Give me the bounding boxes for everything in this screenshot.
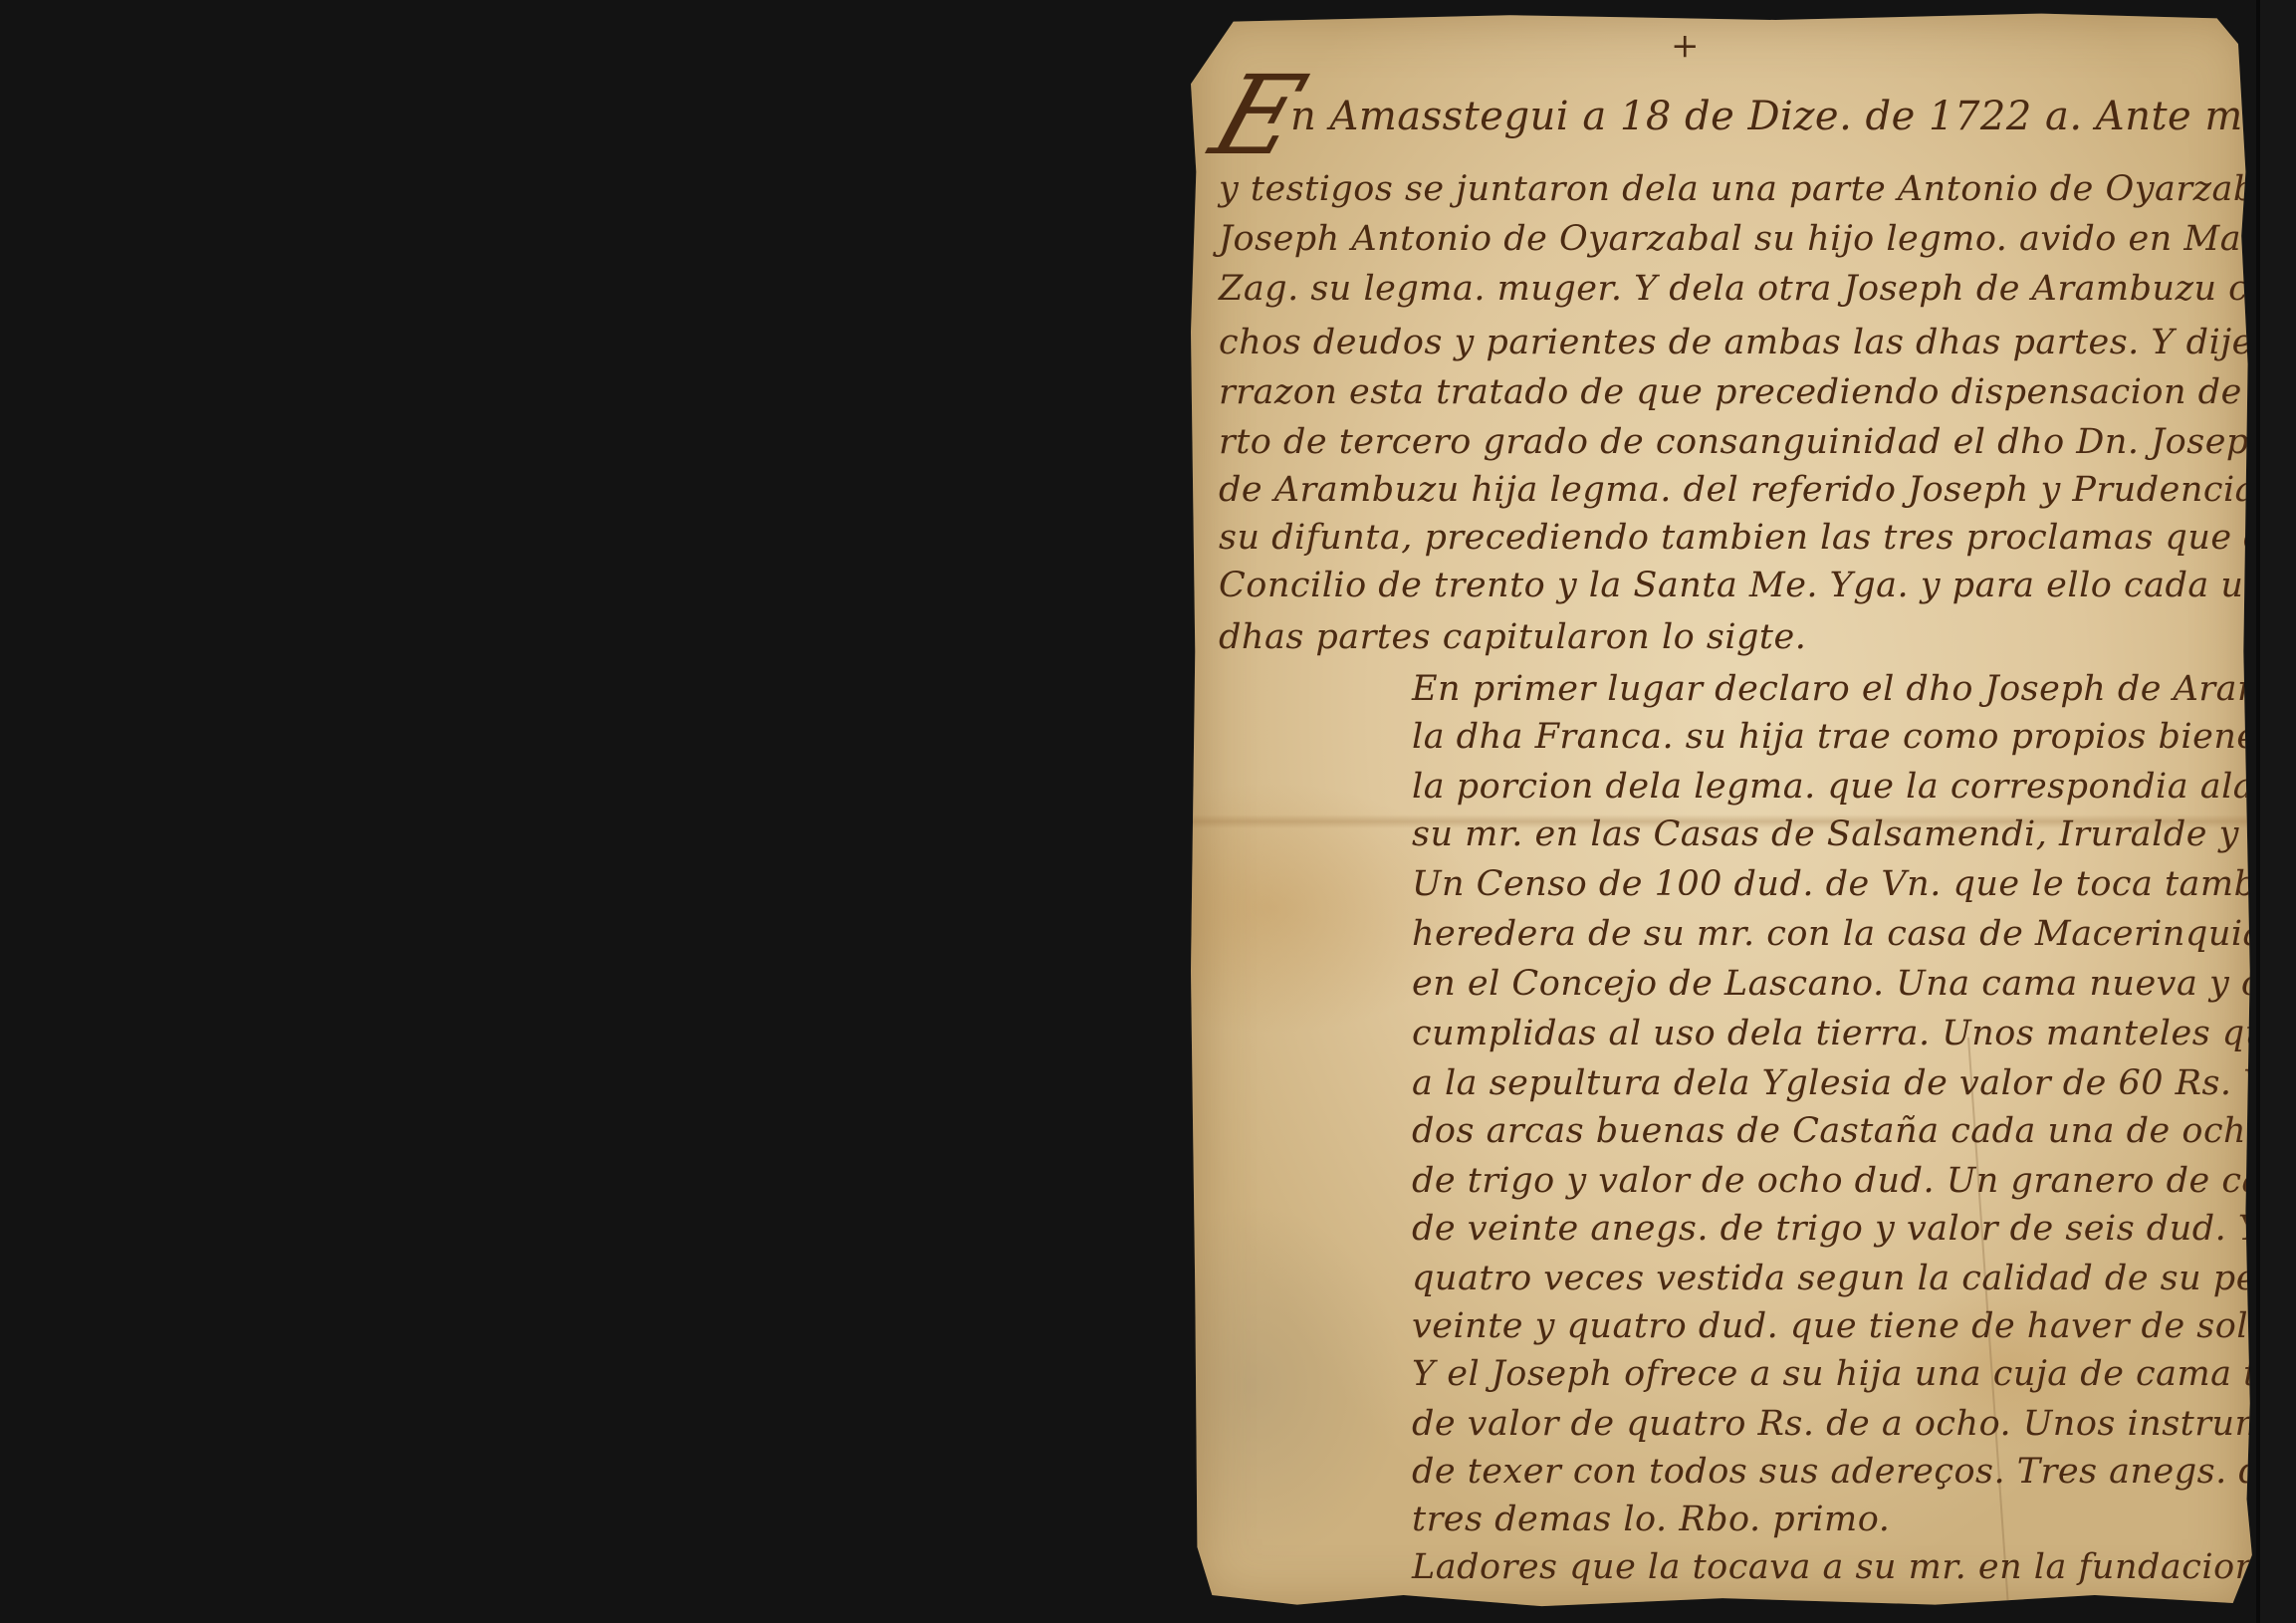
- manuscript-line: la porcion dela legma. que la correspond…: [1412, 767, 2296, 807]
- manuscript-line: su mr. en las Casas de Salsamendi, Irura…: [1412, 814, 2296, 854]
- manuscript-line: chos deudos y parientes de ambas las dha…: [1219, 323, 2296, 362]
- manuscript-line: dhas partes capitularon lo sigte.: [1219, 617, 1806, 657]
- manuscript-line: de valor de quatro Rs. de a ocho. Unos i…: [1412, 1404, 2296, 1444]
- manuscript-line: n Amasstegui a 18 de Dize. de 1722 a. An…: [1290, 94, 2296, 139]
- document-viewer: + E n Amasstegui a 18 de Dize. de 1722 a…: [0, 0, 2296, 1623]
- manuscript-line: Ladores que la tocava a su mr. en la fun…: [1412, 1547, 2296, 1587]
- manuscript-line: en el Concejo de Lascano. Una cama nueva…: [1412, 964, 2296, 1004]
- manuscript-line: Zag. su legma. muger. Y dela otra Joseph…: [1219, 269, 2296, 309]
- viewer-right-margin: [2256, 0, 2296, 1623]
- manuscript-line: dos arcas buenas de Castaña cada una de …: [1412, 1111, 2296, 1151]
- manuscript-line: de texer con todos sus adereços. Tres an…: [1412, 1452, 2296, 1492]
- header-cross-mark: +: [1671, 26, 1700, 66]
- manuscript-line: En primer lugar declaro el dho Joseph de…: [1412, 669, 2296, 709]
- manuscript-line: su difunta, precediendo tambien las tres…: [1219, 518, 2296, 558]
- manuscript-line: la dha Franca. su hija trae como propios…: [1412, 717, 2296, 757]
- manuscript-line: de Arambuzu hija legma. del referido Jos…: [1219, 470, 2296, 510]
- manuscript-line: Y el Joseph ofrece a su hija una cuja de…: [1412, 1354, 2296, 1394]
- manuscript-line: de trigo y valor de ocho dud. Un granero…: [1412, 1161, 2296, 1201]
- manuscript-line: tres demas lo. Rbo. primo.: [1412, 1500, 1890, 1539]
- manuscript-line: y testigos se juntaron dela una parte An…: [1219, 169, 2296, 209]
- manuscript-line: rto de tercero grado de consanguinidad e…: [1219, 422, 2296, 462]
- manuscript-line: cumplidas al uso dela tierra. Unos mante…: [1412, 1014, 2296, 1053]
- manuscript-line: veinte y quatro dud. que tiene de haver …: [1412, 1306, 2296, 1346]
- manuscript-page: + E n Amasstegui a 18 de Dize. de 1722 a…: [1191, 12, 2254, 1611]
- manuscript-line: quatro veces vestida segun la calidad de…: [1412, 1259, 2296, 1298]
- manuscript-line: Joseph Antonio de Oyarzabal su hijo legm…: [1219, 219, 2296, 259]
- manuscript-line: Un Censo de 100 dud. de Vn. que le toca …: [1412, 864, 2296, 904]
- manuscript-line: rrazon esta tratado de que precediendo d…: [1219, 372, 2296, 412]
- manuscript-line: a la sepultura dela Yglesia de valor de …: [1412, 1063, 2296, 1103]
- manuscript-line: Concilio de trento y la Santa Me. Yga. y…: [1219, 566, 2296, 605]
- manuscript-line: de veinte anegs. de trigo y valor de sei…: [1412, 1209, 2296, 1249]
- manuscript-line: heredera de su mr. con la casa de Maceri…: [1412, 914, 2296, 954]
